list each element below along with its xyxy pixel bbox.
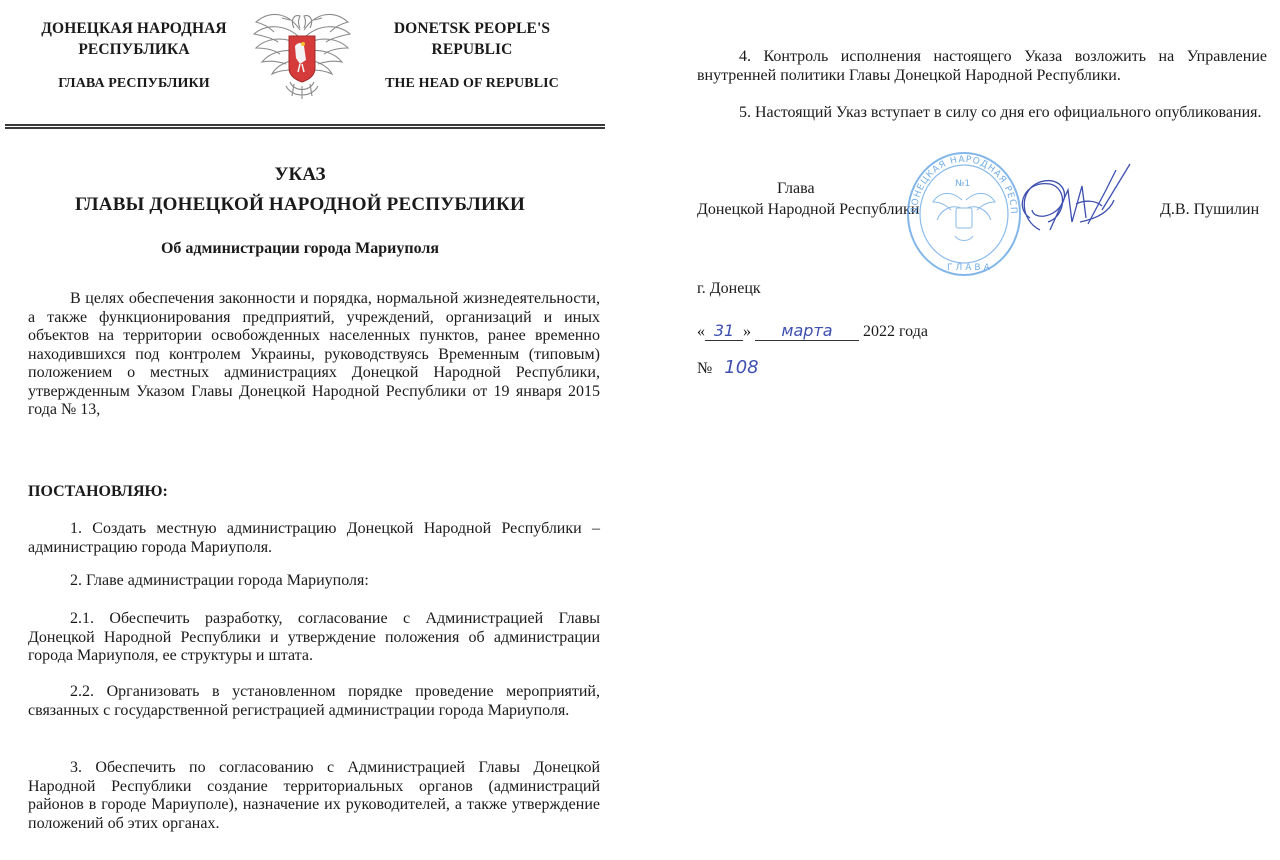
document-subject: Об администрации города Мариуполя [0, 240, 600, 258]
document-page-1: ДОНЕЦКАЯ НАРОДНАЯ РЕСПУБЛИКА ГЛАВА РЕСПУ… [0, 0, 640, 860]
coat-of-arms-icon [250, 2, 354, 102]
letterhead-title-en-line2: REPUBLIC [372, 39, 572, 60]
item-2: 2. Главе администрации города Мариуполя: [28, 572, 600, 591]
svg-text:ГЛАВА: ГЛАВА [947, 263, 993, 273]
letterhead-divider [5, 124, 605, 129]
date-open-quote: « [697, 323, 705, 340]
letterhead-subtitle-ru: ГЛАВА РЕСПУБЛИКИ [28, 73, 240, 94]
signatory-name: Д.В. Пушилин [1160, 201, 1259, 219]
item-1: 1. Создать местную администрацию Донецко… [28, 520, 600, 557]
document-page-2: 4. Контроль исполнения настоящего Указа … [660, 0, 1280, 860]
letterhead-title-en: DONETSK PEOPLE'S REPUBLIC [372, 18, 572, 60]
date-year: 2022 года [863, 323, 928, 340]
item-5: 5. Настоящий Указ вступает в силу со дня… [697, 103, 1267, 122]
handwritten-signature [1010, 160, 1140, 255]
number-label: № [697, 360, 712, 377]
date-close-quote: » [743, 323, 751, 340]
issue-date: «31» марта 2022 года [697, 321, 928, 341]
date-day: 31 [705, 321, 743, 341]
letterhead-title-ru-line1: ДОНЕЦКАЯ НАРОДНАЯ [28, 18, 240, 39]
document-issuer-title: ГЛАВЫ ДОНЕЦКОЙ НАРОДНОЙ РЕСПУБЛИКИ [0, 194, 600, 216]
document-type-title: УКАЗ [0, 164, 600, 186]
decree-heading: ПОСТАНОВЛЯЮ: [28, 483, 168, 501]
letterhead-title-ru: ДОНЕЦКАЯ НАРОДНАЯ РЕСПУБЛИКА [28, 18, 240, 60]
letterhead-title-ru-line2: РЕСПУБЛИКА [28, 39, 240, 60]
item-4: 4. Контроль исполнения настоящего Указа … [697, 47, 1267, 85]
decree-number: № 108 [697, 357, 759, 378]
item-2-1: 2.1. Обеспечить разработку, согласование… [28, 610, 600, 666]
signatory-position-line1: Глава [777, 180, 815, 198]
svg-text:№1: №1 [955, 179, 970, 189]
issue-city: г. Донецк [697, 280, 761, 298]
date-month: марта [755, 321, 859, 341]
official-stamp-icon: ДОНЕЦКАЯ НАРОДНАЯ РЕСПУБЛИКА ГЛАВА №1 [905, 150, 1023, 278]
preamble-paragraph: В целях обеспечения законности и порядка… [28, 290, 600, 420]
letterhead-subtitle-en: THE HEAD OF REPUBLIC [372, 73, 572, 94]
signatory-position-line2: Донецкой Народной Республики [697, 201, 919, 219]
item-3: 3. Обеспечить по согласованию с Админист… [28, 759, 600, 833]
letterhead-title-en-line1: DONETSK PEOPLE'S [372, 18, 572, 39]
item-2-2: 2.2. Организовать в установленном порядк… [28, 683, 600, 720]
number-value: 108 [724, 357, 758, 378]
